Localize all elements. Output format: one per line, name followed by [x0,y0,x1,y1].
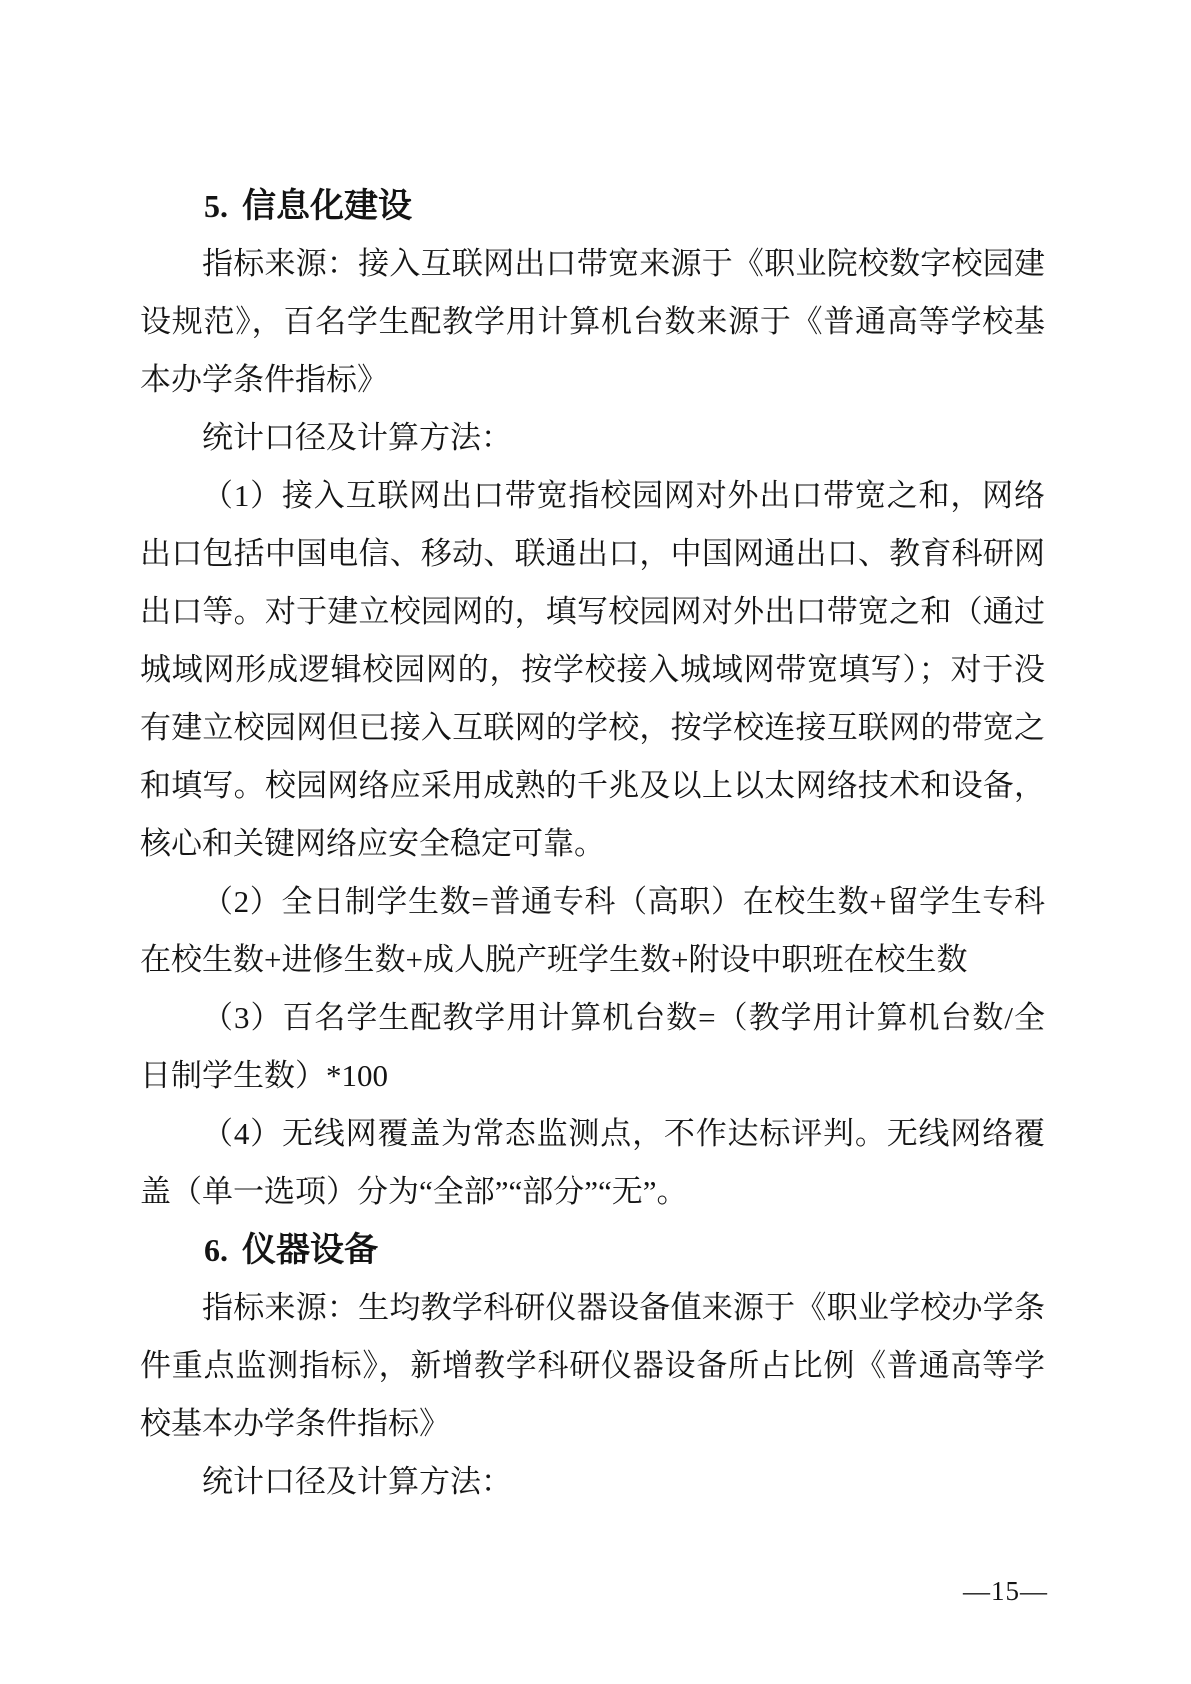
page-number: —15— [963,1576,1048,1606]
document-page: 5.信息化建设 指标来源：接入互联网出口带宽来源于《职业院校数字校园建设规范》，… [0,0,1191,1684]
section-5-item-2: （2）全日制学生数=普通专科（高职）在校生数+留学生专科在校生数+进修生数+成人… [140,873,1045,989]
section-5-method-label: 统计口径及计算方法： [140,409,1045,467]
section-5-heading: 5.信息化建设 [140,177,1045,235]
source-lead-label: 指标来源： [202,1290,358,1325]
document-content: 5.信息化建设 指标来源：接入互联网出口带宽来源于《职业院校数字校园建设规范》，… [140,177,1045,1511]
section-6-heading: 6.仪器设备 [140,1221,1045,1279]
section-5-item-1: （1）接入互联网出口带宽指校园网对外出口带宽之和，网络出口包括中国电信、移动、联… [140,467,1045,873]
section-5-number: 5. [204,188,228,224]
section-6-title: 仪器设备 [242,1231,378,1269]
source-lead-label: 指标来源： [202,246,358,281]
section-6-method-label: 统计口径及计算方法： [140,1453,1045,1511]
section-5-item-3: （3）百名学生配教学用计算机台数=（教学用计算机台数/全日制学生数）*100 [140,989,1045,1105]
section-5-item-4: （4）无线网覆盖为常态监测点，不作达标评判。无线网络覆盖（单一选项）分为“全部”… [140,1105,1045,1221]
section-5-source-paragraph: 指标来源：接入互联网出口带宽来源于《职业院校数字校园建设规范》，百名学生配教学用… [140,235,1045,409]
section-6-number: 6. [204,1232,228,1268]
section-5-title: 信息化建设 [242,187,412,225]
section-6-source-paragraph: 指标来源：生均教学科研仪器设备值来源于《职业学校办学条件重点监测指标》，新增教学… [140,1279,1045,1453]
